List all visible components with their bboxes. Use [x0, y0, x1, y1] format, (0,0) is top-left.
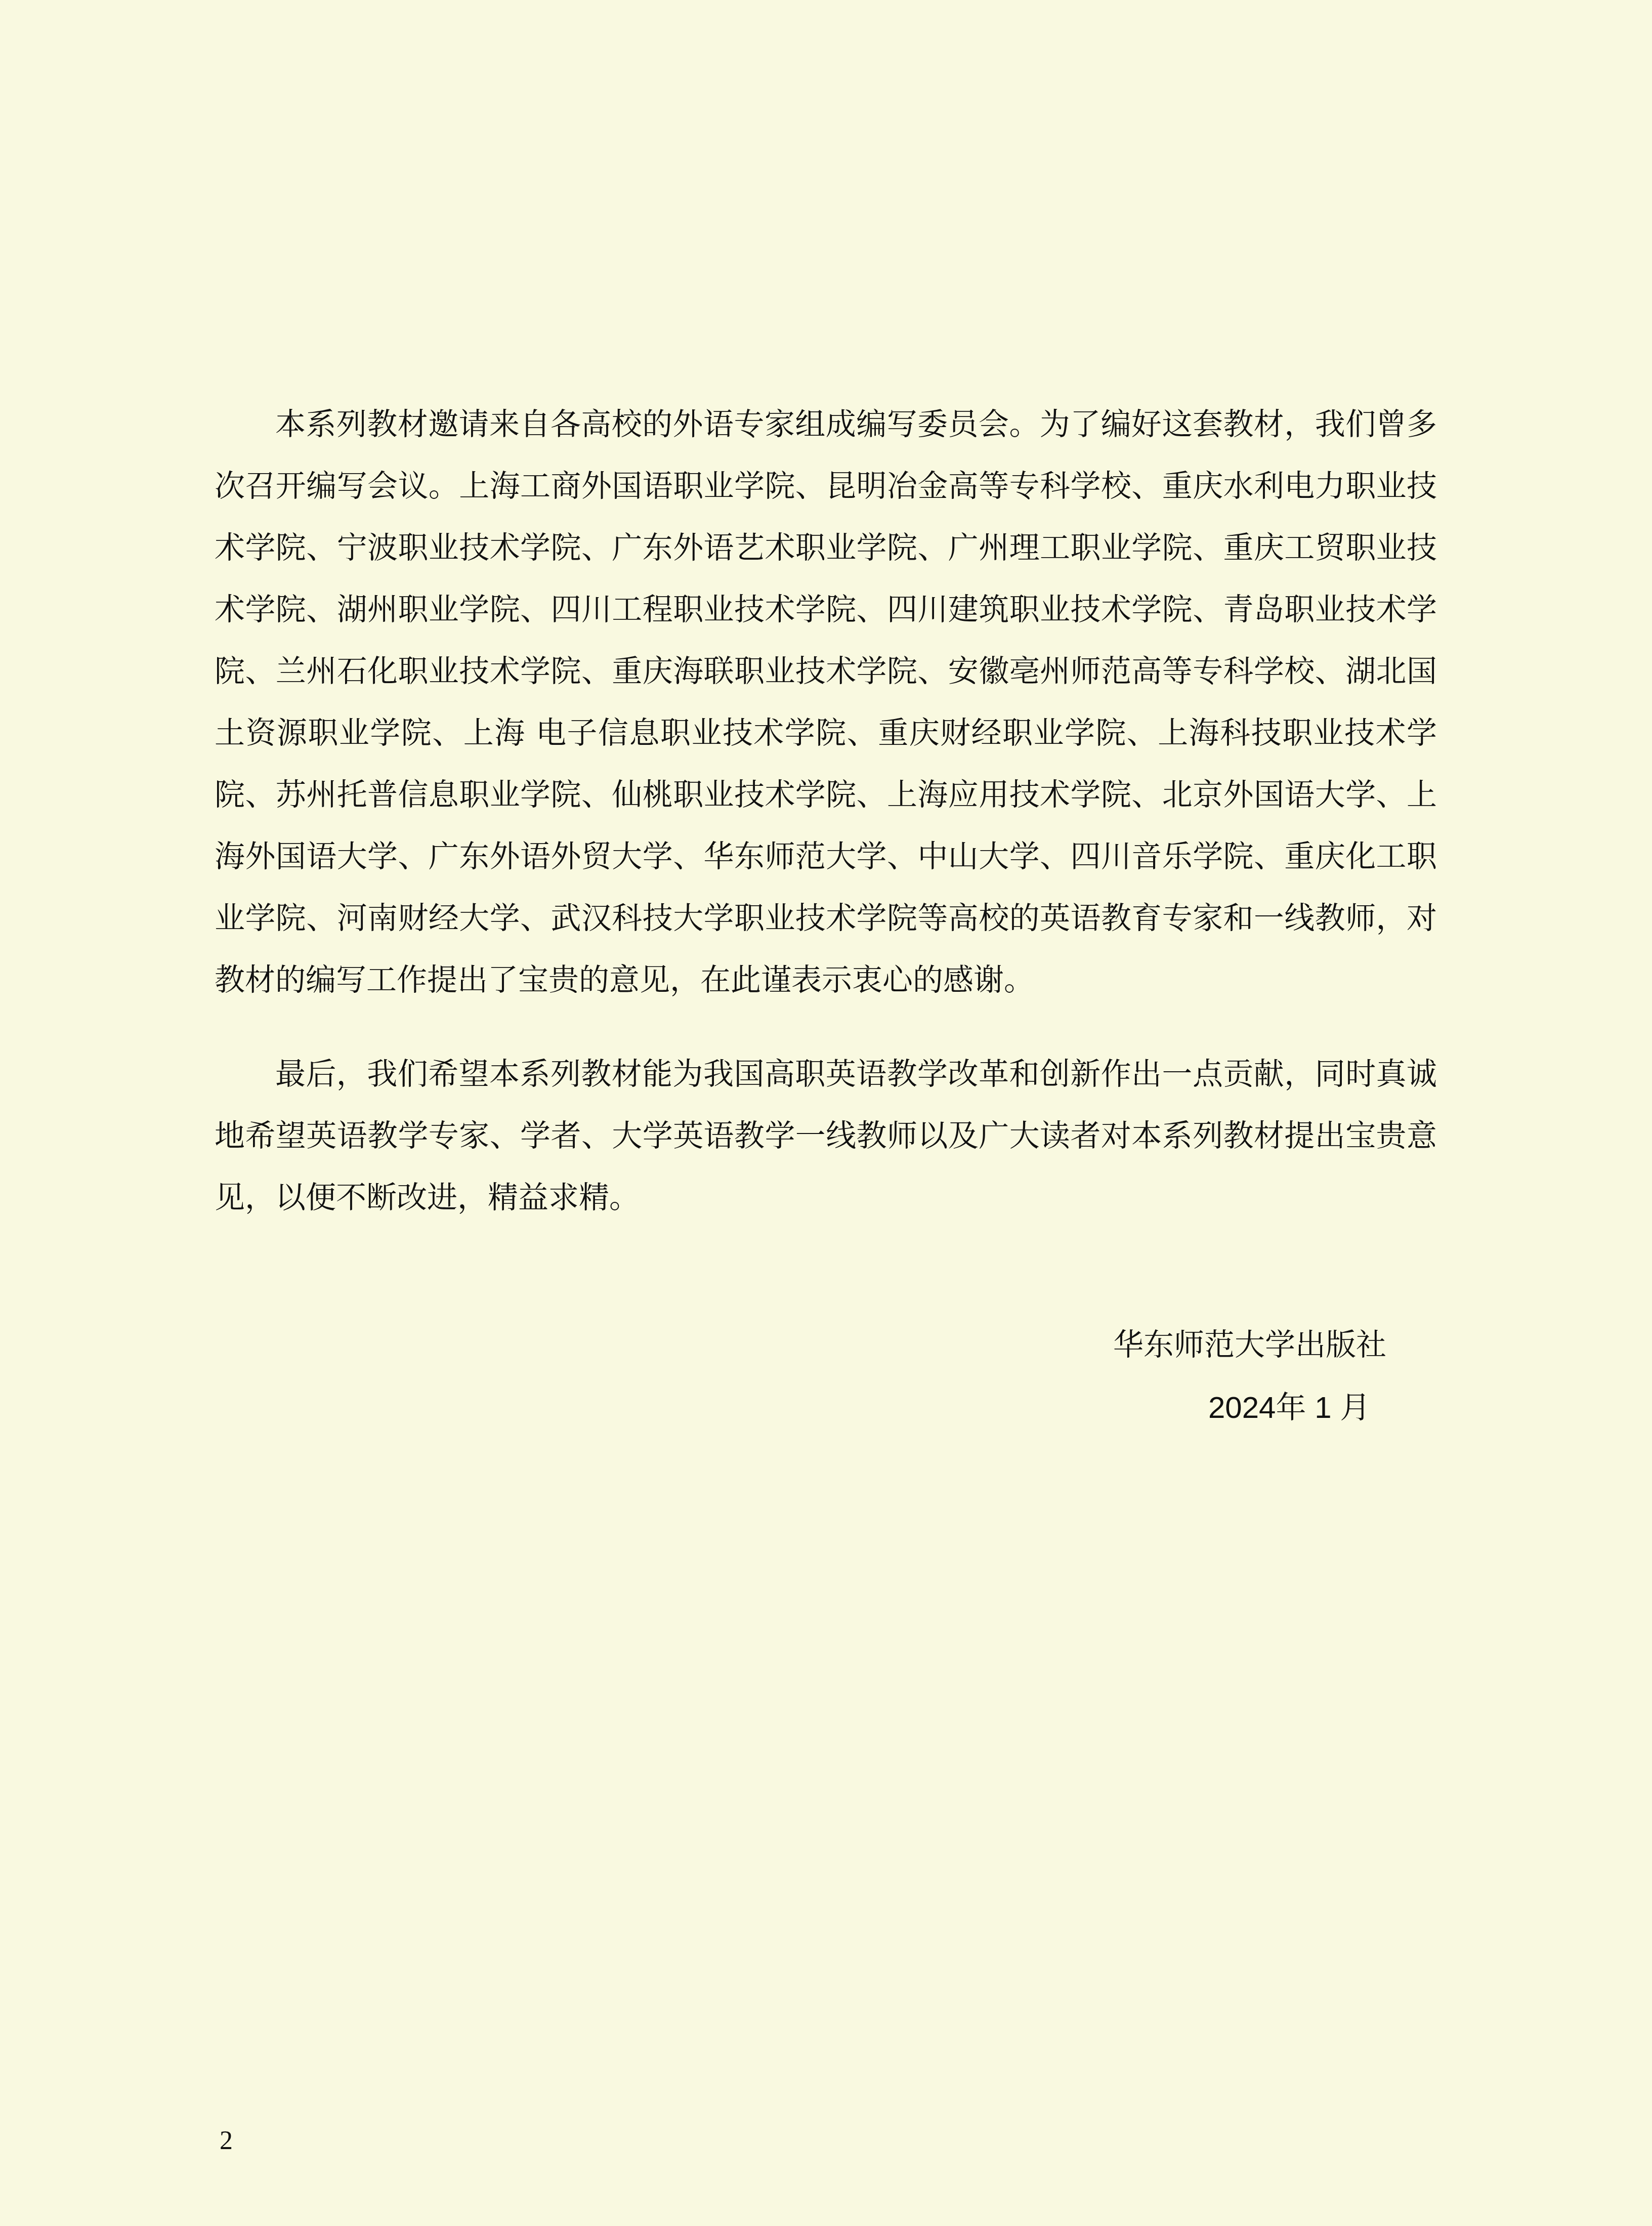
page-number: 2	[220, 2123, 233, 2159]
signature-publisher: 华东师范大学出版社	[1113, 1325, 1386, 1365]
body-text-block-closing: 最后，我们希望本系列教材能为我国高职英语教学改革和创新作出一点贡献，同时真诚地希…	[215, 1043, 1437, 1229]
body-text-block: 本系列教材邀请来自各高校的外语专家组成编写委员会。为了编好这套教材，我们曾多次召…	[215, 394, 1437, 1011]
paragraph-acknowledgements: 本系列教材邀请来自各高校的外语专家组成编写委员会。为了编好这套教材，我们曾多次召…	[215, 394, 1437, 1011]
paragraph-closing: 最后，我们希望本系列教材能为我国高职英语教学改革和创新作出一点贡献，同时真诚地希…	[215, 1043, 1437, 1229]
document-page: 本系列教材邀请来自各高校的外语专家组成编写委员会。为了编好这套教材，我们曾多次召…	[0, 0, 1652, 2226]
signature-date: 2024年 1 月	[1208, 1388, 1370, 1428]
